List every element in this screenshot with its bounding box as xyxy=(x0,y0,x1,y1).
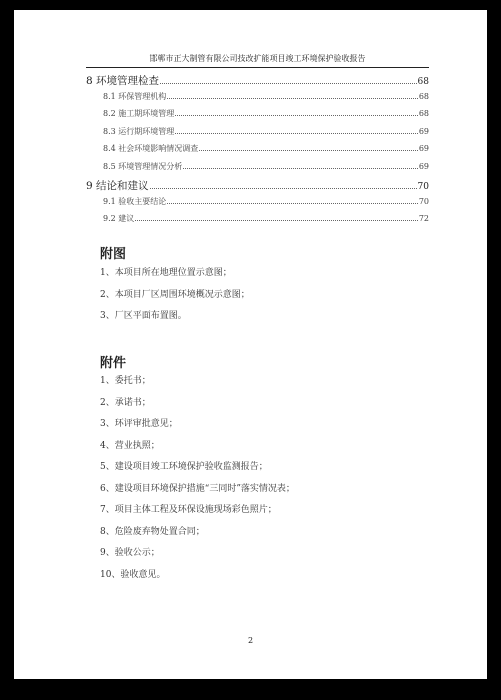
toc-label: 8.1 环保管理机构 xyxy=(103,91,166,102)
toc-page: 70 xyxy=(418,182,429,192)
figures-heading: 附图 xyxy=(100,243,126,262)
attachment-item: 7、项目主体工程及环保设施现场彩色照片； xyxy=(100,500,295,522)
toc-entry[interactable]: 8.2 施工期环境管理68 xyxy=(86,108,429,126)
toc-page: 72 xyxy=(419,214,429,223)
toc-entry[interactable]: 8 环境管理检查68 xyxy=(86,73,429,91)
toc-label: 9.1 验收主要结论 xyxy=(103,196,166,207)
toc-page: 68 xyxy=(418,77,429,87)
toc-leader xyxy=(150,187,417,189)
toc-label: 8.5 环境管理情况分析 xyxy=(103,161,182,172)
attachments-heading: 附件 xyxy=(100,352,126,371)
attachment-item: 3、环评审批意见； xyxy=(100,414,295,436)
toc-page: 69 xyxy=(419,144,429,153)
toc-entry[interactable]: 8.1 环保管理机构68 xyxy=(86,91,429,109)
toc-entry[interactable]: 9.1 验收主要结论70 xyxy=(86,196,429,214)
page-number: 2 xyxy=(14,636,487,645)
attachment-item: 10、验收意见。 xyxy=(100,565,295,587)
table-of-contents: 8 环境管理检查68 8.1 环保管理机构68 8.2 施工期环境管理68 8.… xyxy=(86,73,429,231)
toc-label: 8.4 社会环境影响情况调查 xyxy=(103,143,198,154)
toc-leader xyxy=(175,132,418,134)
figure-item: 2、本项目厂区周围环境概况示意图； xyxy=(100,285,250,307)
toc-page: 69 xyxy=(419,127,429,136)
toc-label: 9.2 建议 xyxy=(103,213,134,224)
toc-page: 68 xyxy=(419,92,429,101)
toc-leader xyxy=(199,149,418,151)
attachment-item: 2、承诺书； xyxy=(100,393,295,415)
toc-entry[interactable]: 9.2 建议72 xyxy=(86,213,429,231)
document-page: 邯郸市正大制管有限公司技改扩能项目竣工环境保护验收报告 8 环境管理检查68 8… xyxy=(14,10,487,679)
figures-list: 1、本项目所在地理位置示意图； 2、本项目厂区周围环境概况示意图； 3、厂区平面… xyxy=(100,263,250,328)
toc-leader xyxy=(135,219,418,221)
toc-label: 9 结论和建议 xyxy=(86,178,149,193)
toc-page: 70 xyxy=(419,197,429,206)
toc-entry[interactable]: 8.5 环境管理情况分析69 xyxy=(86,161,429,179)
attachment-item: 6、建设项目环境保护措施“三同时”落实情况表； xyxy=(100,479,295,501)
toc-label: 8 环境管理检查 xyxy=(86,73,159,88)
toc-leader xyxy=(167,97,418,99)
toc-leader xyxy=(175,114,418,116)
toc-entry[interactable]: 8.4 社会环境影响情况调查69 xyxy=(86,143,429,161)
toc-label: 8.2 施工期环境管理 xyxy=(103,108,174,119)
attachment-item: 8、危险废弃物处置合同； xyxy=(100,522,295,544)
toc-entry[interactable]: 8.3 运行期环境管理69 xyxy=(86,126,429,144)
attachment-item: 4、营业执照； xyxy=(100,436,295,458)
toc-leader xyxy=(183,167,418,169)
toc-page: 69 xyxy=(419,162,429,171)
attachments-list: 1、委托书； 2、承诺书； 3、环评审批意见； 4、营业执照； 5、建设项目竣工… xyxy=(100,371,295,586)
figure-item: 3、厂区平面布置图。 xyxy=(100,306,250,328)
figure-item: 1、本项目所在地理位置示意图； xyxy=(100,263,250,285)
attachment-item: 1、委托书； xyxy=(100,371,295,393)
toc-page: 68 xyxy=(419,109,429,118)
toc-entry[interactable]: 9 结论和建议70 xyxy=(86,178,429,196)
toc-label: 8.3 运行期环境管理 xyxy=(103,126,174,137)
toc-leader xyxy=(160,82,417,84)
page-header: 邯郸市正大制管有限公司技改扩能项目竣工环境保护验收报告 xyxy=(86,53,429,68)
attachment-item: 9、验收公示； xyxy=(100,543,295,565)
toc-leader xyxy=(167,202,418,204)
attachment-item: 5、建设项目竣工环境保护验收监测报告； xyxy=(100,457,295,479)
